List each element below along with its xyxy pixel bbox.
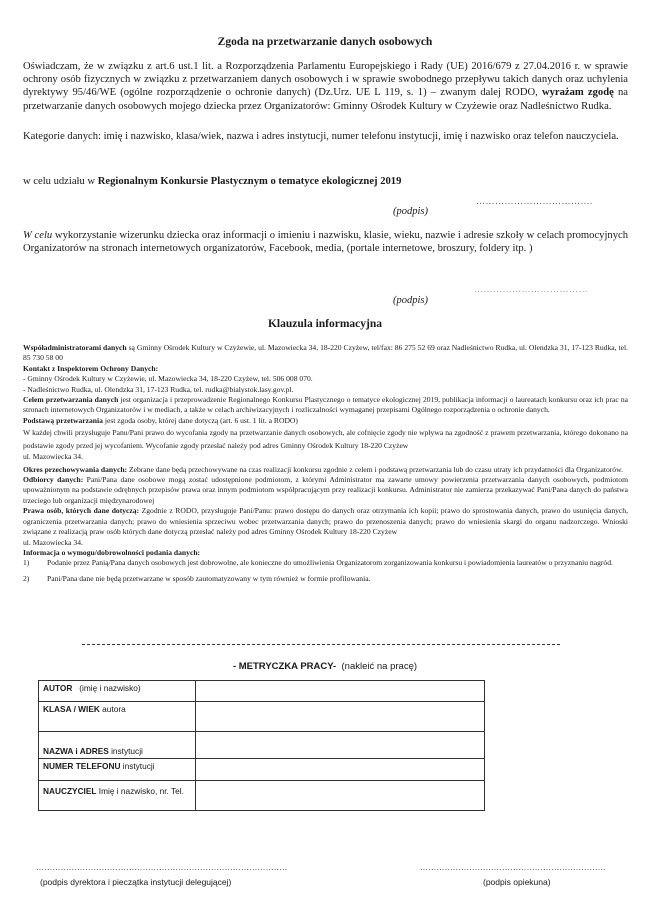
director-signature-label: (podpis dyrektora i pieczątka instytucji… (40, 877, 231, 887)
image-use-paragraph: W celu wykorzystanie wizerunku dziecka o… (23, 229, 628, 255)
guardian-signature-label: (podpis opiekuna) (483, 877, 551, 887)
guardian-signature-line[interactable]: …………………………………………………………………… (420, 863, 606, 872)
metryczka-title: - METRYCZKA PRACY- (nakleić na pracę) (0, 661, 650, 672)
institution-label: NAZWA i ADRES instytucji (39, 732, 196, 759)
director-signature-line[interactable]: …………………………………………………………………………………… (36, 863, 288, 872)
clause-title: Klauzula informacyjna (0, 318, 650, 330)
author-field[interactable] (195, 681, 484, 702)
teacher-field[interactable] (195, 781, 484, 811)
consent-title: Zgoda na przetwarzanie danych osobowych (0, 36, 650, 48)
purpose-line: w celu udziału w Regionalnym Konkursie P… (23, 175, 628, 188)
consent-paragraph: Oświadczam, że w związku z art.6 ust.1 l… (23, 60, 628, 113)
processing-purpose: Celem przetwarzania danych jest organiza… (23, 395, 628, 416)
iod-contact-heading: Kontakt z Inspektorem Ochrony Danych: (23, 364, 628, 374)
institution-phone-label: NUMER TELEFONU instytucji (39, 759, 196, 781)
contest-name: Regionalnym Konkursie Plastycznym o tema… (98, 176, 402, 187)
list-item: 2)Pani/Pana dane nie będą przetwarzane w… (23, 574, 628, 584)
signature-line-2[interactable]: ……………………………… (474, 284, 588, 294)
consent-withdrawal: W każdej chwili przysługuje Panu/Pani pr… (23, 426, 628, 452)
data-categories: Kategorie danych: imię i nazwisko, klasa… (23, 130, 628, 143)
coadministrators: Współadministratorami danych są Gminny O… (23, 343, 628, 364)
table-row: KLASA / WIEK autora (39, 702, 485, 732)
data-subject-rights: Prawa osób, których dane dotyczą: Zgodni… (23, 506, 628, 537)
signature-label-2: (podpis) (393, 295, 428, 306)
cut-line (82, 644, 560, 645)
iod-contact-gok: - Gminny Ośrodek Kultury w Czyżewie, ul.… (23, 374, 628, 384)
institution-phone-field[interactable] (195, 759, 484, 781)
iod-contact-rudka: - Nadleśnictwo Rudka, ul. Olendzka 31, 1… (23, 385, 628, 395)
withdrawal-address: ul. Mazowiecka 34. (23, 452, 628, 462)
consent-emphasis: wyrażam zgodę (542, 87, 614, 98)
table-row: NAZWA i ADRES instytucji (39, 732, 485, 759)
table-row: NAUCZYCIEL Imię i nazwisko, nr. Tel. (39, 781, 485, 811)
table-row: AUTOR (imię i nazwisko) (39, 681, 485, 702)
table-row: NUMER TELEFONU instytucji (39, 759, 485, 781)
rights-address: ul. Mazowiecka 34. (23, 538, 628, 548)
signature-label: (podpis) (393, 206, 428, 217)
information-clause: Współadministratorami danych są Gminny O… (23, 343, 628, 584)
signature-line[interactable]: ………………………………. (476, 196, 593, 206)
metryczka-table: AUTOR (imię i nazwisko) KLASA / WIEK aut… (38, 680, 485, 811)
list-item: 1)Podanie przez Panią/Pana danych osobow… (23, 558, 628, 568)
author-label: AUTOR (imię i nazwisko) (39, 681, 196, 702)
processing-basis: Podstawą przetwarzania jest zgoda osoby,… (23, 416, 628, 426)
class-age-label: KLASA / WIEK autora (39, 702, 196, 732)
data-recipients: Odbiorcy danych: Pani/Pana dane osobowe … (23, 475, 628, 506)
institution-field[interactable] (195, 732, 484, 759)
class-age-field[interactable] (195, 702, 484, 732)
teacher-label: NAUCZYCIEL Imię i nazwisko, nr. Tel. (39, 781, 196, 811)
voluntariness-heading: Informacja o wymogu/dobrowolności podani… (23, 548, 628, 558)
retention-period: Okres przechowywania danych: Zebrane dan… (23, 465, 628, 475)
